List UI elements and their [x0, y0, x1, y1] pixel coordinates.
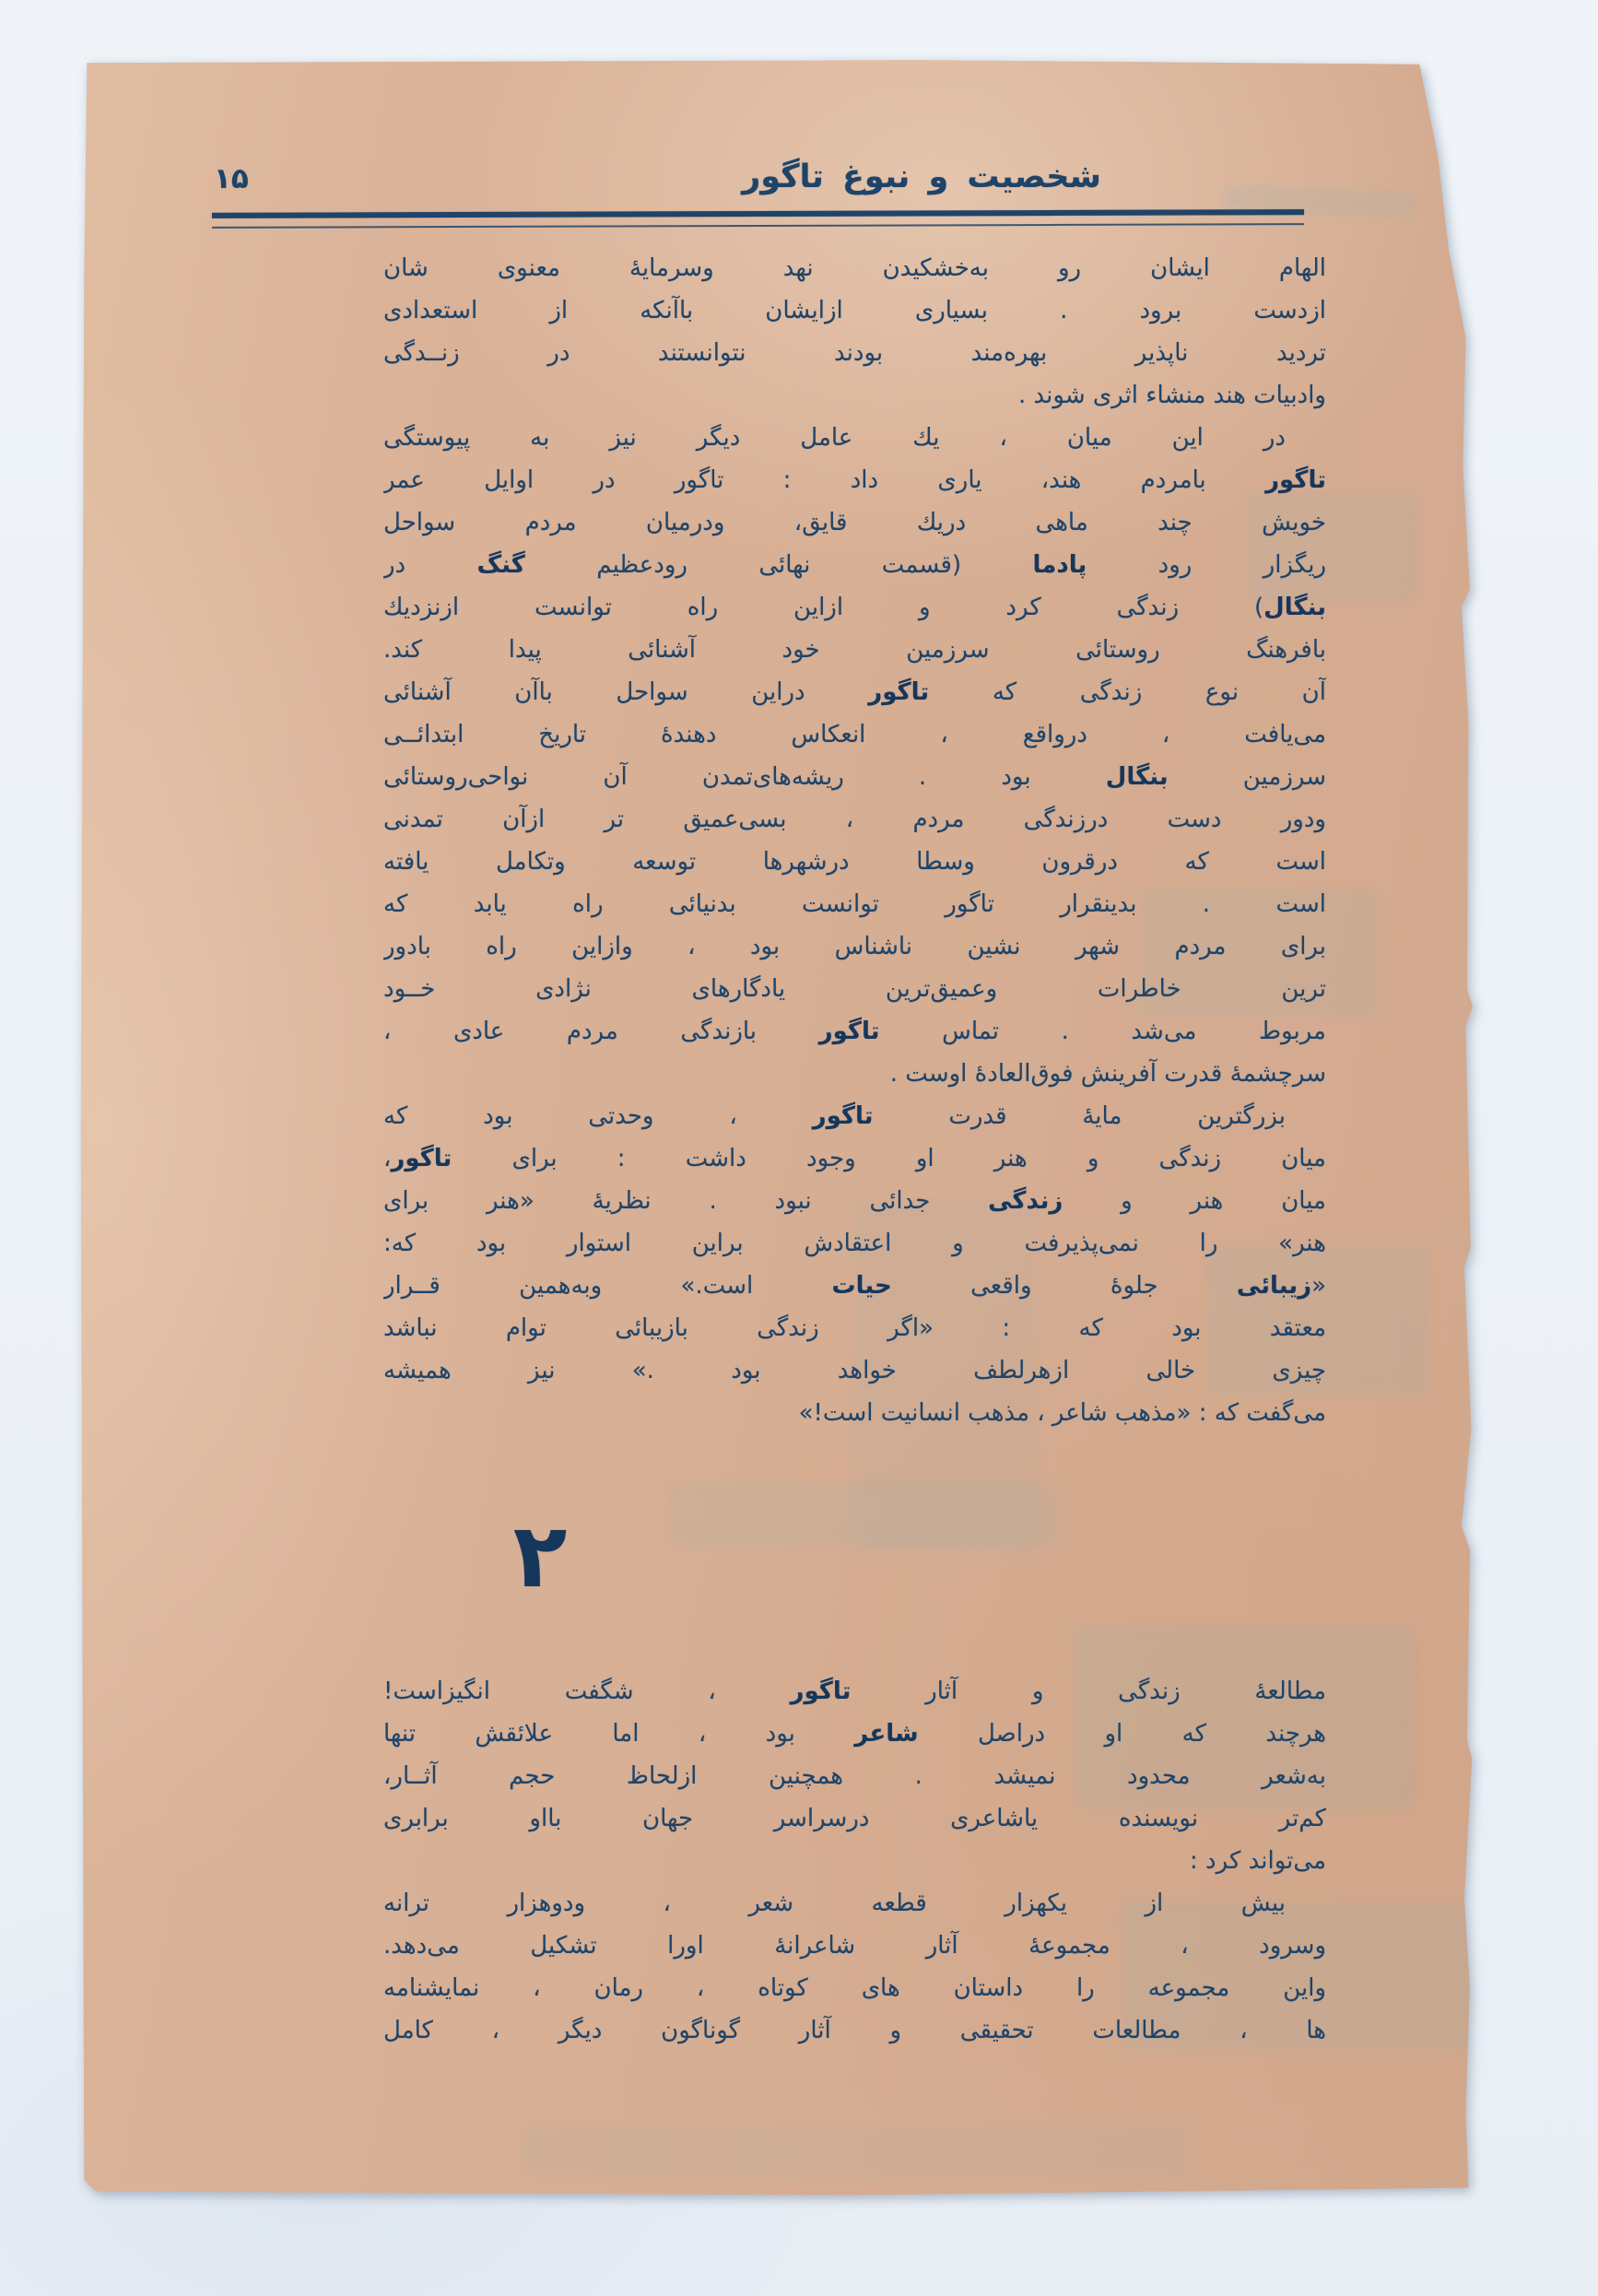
text-segment: در این میان ، یك عامل دیگر نیز به پیوستگ… [383, 424, 1286, 452]
book-page: ۱۵ شخصیت و نبوغ تاگور الهام ایشان رو به‌… [79, 59, 1475, 2197]
text-segment: بامردم هند، یاری داد : تاگور در اوایل عم… [383, 466, 1265, 494]
page-number: ۱۵ [214, 162, 249, 195]
text-segment: وسرود ، مجموعهٔ آثار شاعرانهٔ اورا تشکیل… [383, 1932, 1326, 1960]
text-line: «زیبائی جلوهٔ واقعی حیات است.» وبه‌همین … [383, 1265, 1326, 1307]
text-line: سرچشمهٔ قدرت آفرینش فوق‌العادهٔ اوست . [383, 1053, 1326, 1095]
text-segment: کم‌تر نویسنده یاشاعری درسراسر جهان بااو … [383, 1805, 1326, 1832]
text-segment: بیش از یكهزار قطعه شعر ، ودوهزار ترانه [383, 1890, 1286, 1917]
section-number: ۲ [434, 1504, 646, 1607]
text-segment: جدائی نبود . نظریهٔ «هنر برای [383, 1187, 988, 1215]
emphasized-word: تاگور [790, 1678, 851, 1705]
emphasized-word: تاگور [868, 678, 929, 706]
text-line: معتقد بود که : «اگر زندگی بازیبائی توام … [383, 1307, 1326, 1349]
text-segment: بود . ریشه‌های‌تمدن آن نواحی‌روستائی [383, 763, 1106, 791]
text-line: وادبیات هند منشاء اثری شوند . [383, 374, 1326, 417]
text-line: میان هنر و زندگی جدائی نبود . نظریهٔ «هن… [383, 1180, 1326, 1222]
text-line: خویش چند ماهی دریك قایق، ودرمیان مردم سو… [383, 501, 1326, 544]
text-segment: مطالعهٔ زندگی و آثار [851, 1678, 1326, 1705]
emphasized-word: بنگال [1263, 594, 1326, 621]
text-segment: ترین خاطرات وعمیق‌ترین یادگارهای نژادی خ… [383, 975, 1326, 1003]
bleed-through-mark [522, 2124, 1185, 2179]
text-line: واین مجموعه را داستان های کوتاه ، رمان ،… [383, 1967, 1326, 2009]
text-segment: چیزی خالی ازهرلطف خواهد بود .» نیز همیشه [383, 1357, 1326, 1384]
text-line: ترین خاطرات وعمیق‌ترین یادگارهای نژادی خ… [383, 968, 1326, 1010]
text-segment: در [383, 551, 477, 579]
text-line: به‌شعر محدود نمیشد . همچنین ازلحاظ حجم آ… [383, 1755, 1326, 1797]
text-block-1: الهام ایشان رو به‌خشکیدن نهد وسرمایهٔ مع… [383, 247, 1326, 1434]
text-line: می‌گفت که : «مذهب شاعر ، مذهب انسانیت اس… [383, 1392, 1326, 1434]
text-segment: بزرگترین مایهٔ قدرت [874, 1102, 1286, 1130]
paper-shadow-wrap: ۱۵ شخصیت و نبوغ تاگور الهام ایشان رو به‌… [0, 0, 1598, 2296]
text-segment: هنر» را نمی‌پذیرفت و اعتقادش براین استوا… [383, 1230, 1326, 1257]
text-line: مطالعهٔ زندگی و آثار تاگور ، شگفت انگیزا… [383, 1670, 1326, 1713]
text-line: میان زندگی و هنر او وجود داشت : برای تاگ… [383, 1137, 1326, 1180]
text-segment: ها ، مطالعات تحقیقی و آثار گوناگون دیگر … [383, 2017, 1326, 2044]
text-line: هرچند که او دراصل شاعر بود ، اما علائقش … [383, 1713, 1326, 1755]
text-line: ودور دست درزندگی مردم ، بسی‌عمیق تر ازآن… [383, 798, 1326, 841]
text-segment: ریگزار رود [1087, 551, 1326, 579]
text-line: ازدست برود . بسیاری ازایشان باآنکه از اس… [383, 289, 1326, 332]
text-line: تردید ناپذیر بهره‌مند بودند نتوانستند در… [383, 332, 1326, 374]
emphasized-word: زیبائی [1237, 1272, 1311, 1300]
text-segment: جلوهٔ واقعی [892, 1272, 1237, 1300]
text-line: وسرود ، مجموعهٔ آثار شاعرانهٔ اورا تشکیل… [383, 1925, 1326, 1967]
text-line: ها ، مطالعات تحقیقی و آثار گوناگون دیگر … [383, 2009, 1326, 2052]
text-line: است . بدینقرار تاگور توانست بدنیائی راه … [383, 883, 1326, 925]
text-line: بافرهنگ روستائی سرزمین خود آشنائی پیدا ک… [383, 629, 1326, 671]
emphasized-word: تاگور [1265, 466, 1326, 494]
text-line: ریگزار رود پادما (قسمت نهائی رودعظیم گنگ… [383, 544, 1326, 586]
emphasized-word: بنگال [1106, 763, 1169, 791]
text-segment: ) زندگی کرد و ازاین راه توانست ازنزدیك [383, 594, 1263, 621]
text-segment: واین مجموعه را داستان های کوتاه ، رمان ،… [383, 1974, 1326, 2002]
text-block-2: مطالعهٔ زندگی و آثار تاگور ، شگفت انگیزا… [383, 1670, 1326, 2052]
text-segment: می‌گفت که : «مذهب شاعر ، مذهب انسانیت اس… [799, 1399, 1326, 1427]
text-segment: ، شگفت انگیزاست! [383, 1678, 790, 1705]
text-segment: ازدست برود . بسیاری ازایشان باآنکه از اس… [383, 297, 1326, 324]
text-line: می‌تواند کرد : [383, 1840, 1326, 1882]
scanner-background: ۱۵ شخصیت و نبوغ تاگور الهام ایشان رو به‌… [0, 0, 1598, 2296]
text-segment: مربوط می‌شد . تماس [880, 1018, 1326, 1045]
text-line: برای مردم شهر نشین ناشناس بود ، وازاین ر… [383, 925, 1326, 968]
text-segment: به‌شعر محدود نمیشد . همچنین ازلحاظ حجم آ… [383, 1762, 1326, 1790]
text-line: بیش از یكهزار قطعه شعر ، ودوهزار ترانه [383, 1882, 1326, 1925]
text-segment: سرزمین [1169, 763, 1326, 791]
text-line: در این میان ، یك عامل دیگر نیز به پیوستگ… [383, 417, 1326, 459]
text-line: الهام ایشان رو به‌خشکیدن نهد وسرمایهٔ مع… [383, 247, 1326, 289]
emphasized-word: تاگور [813, 1102, 874, 1130]
text-segment: است.» وبه‌همین قــرار [383, 1272, 832, 1300]
page-title: شخصیت و نبوغ تاگور [742, 159, 1101, 195]
text-segment: میان هنر و [1063, 1187, 1326, 1215]
header-rule-thin [212, 223, 1304, 229]
text-line: مربوط می‌شد . تماس تاگور بازندگی مردم عا… [383, 1010, 1326, 1053]
emphasized-word: گنگ [477, 551, 525, 579]
emphasized-word: شاعر [854, 1720, 918, 1748]
bleed-through-mark [669, 1483, 1056, 1548]
text-segment: برای مردم شهر نشین ناشناس بود ، وازاین ر… [383, 933, 1326, 960]
emphasized-word: حیات [832, 1272, 892, 1300]
text-segment: است که درقرون وسطا درشهرها توسعه وتکامل … [383, 848, 1326, 876]
text-line: آن نوع زندگی که تاگور دراین سواحل باآن آ… [383, 671, 1326, 713]
emphasized-word: تاگور [819, 1018, 880, 1045]
emphasized-word: زندگی [988, 1187, 1063, 1215]
text-segment: خویش چند ماهی دریك قایق، ودرمیان مردم سو… [383, 509, 1326, 536]
text-segment: آن نوع زندگی که [929, 678, 1326, 706]
text-segment: تردید ناپذیر بهره‌مند بودند نتوانستند در… [383, 339, 1326, 367]
text-line: بزرگترین مایهٔ قدرت تاگور ، وحدتی بود که [383, 1095, 1326, 1137]
text-segment: بازندگی مردم عادی ، [383, 1018, 819, 1045]
text-line: سرزمین بنگال بود . ریشه‌های‌تمدن آن نواح… [383, 756, 1326, 798]
text-segment: میان زندگی و هنر او وجود داشت : برای [452, 1145, 1326, 1172]
text-segment: است . بدینقرار تاگور توانست بدنیائی راه … [383, 890, 1326, 918]
text-segment: ودور دست درزندگی مردم ، بسی‌عمیق تر ازآن… [383, 806, 1326, 833]
text-segment: الهام ایشان رو به‌خشکیدن نهد وسرمایهٔ مع… [383, 254, 1326, 282]
text-segment: سرچشمهٔ قدرت آفرینش فوق‌العادهٔ اوست . [890, 1060, 1326, 1088]
text-line: تاگور بامردم هند، یاری داد : تاگور در او… [383, 459, 1326, 501]
text-segment: « [1311, 1272, 1326, 1300]
emphasized-word: پادما [1033, 551, 1087, 579]
text-line: کم‌تر نویسنده یاشاعری درسراسر جهان بااو … [383, 1797, 1326, 1840]
text-line: بنگال) زندگی کرد و ازاین راه توانست ازنز… [383, 586, 1326, 629]
emphasized-word: تاگور [391, 1145, 452, 1172]
text-segment: بود ، اما علائقش تنها [383, 1720, 854, 1748]
text-line: است که درقرون وسطا درشهرها توسعه وتکامل … [383, 841, 1326, 883]
text-line: هنر» را نمی‌پذیرفت و اعتقادش براین استوا… [383, 1222, 1326, 1265]
text-segment: ، وحدتی بود که [383, 1102, 813, 1130]
text-segment: می‌یافت ، درواقع ، انعکاس دهندهٔ تاریخ ا… [383, 721, 1326, 748]
text-segment: (قسمت نهائی رودعظیم [525, 551, 1033, 579]
header-rule-thick [212, 209, 1304, 218]
text-segment: وادبیات هند منشاء اثری شوند . [1018, 382, 1326, 409]
text-line: می‌یافت ، درواقع ، انعکاس دهندهٔ تاریخ ا… [383, 713, 1326, 756]
text-segment: بافرهنگ روستائی سرزمین خود آشنائی پیدا ک… [383, 636, 1326, 664]
text-segment: دراین سواحل باآن آشنائی [383, 678, 868, 706]
text-line: چیزی خالی ازهرلطف خواهد بود .» نیز همیشه [383, 1349, 1326, 1392]
text-segment: هرچند که او دراصل [919, 1720, 1326, 1748]
text-segment: معتقد بود که : «اگر زندگی بازیبائی توام … [383, 1314, 1326, 1342]
text-segment: می‌تواند کرد : [1190, 1847, 1326, 1875]
